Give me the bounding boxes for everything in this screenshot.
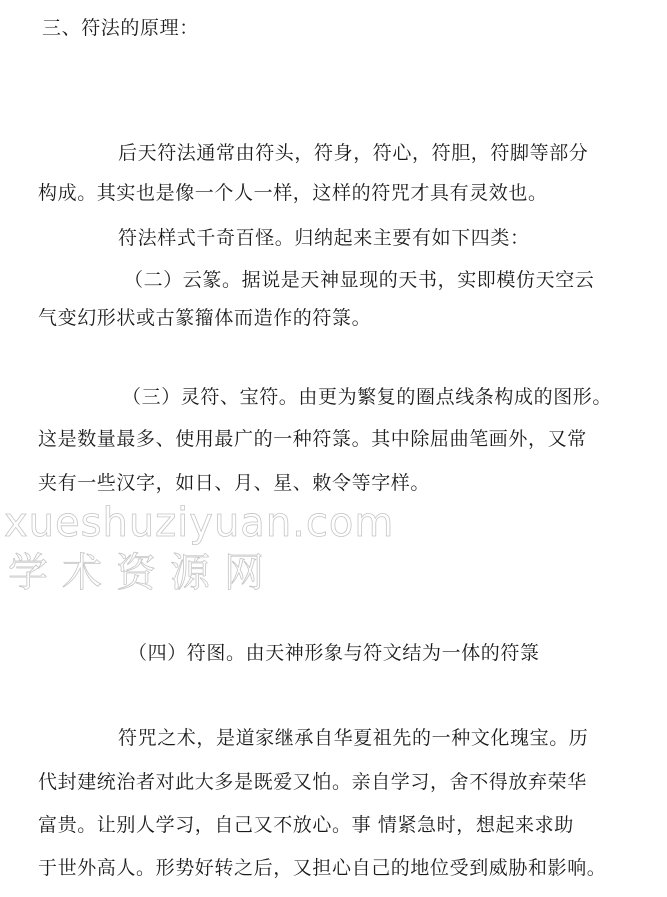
paragraph-2-line-1: 符法样式千奇百怪。归纳起来主要有如下四类： <box>118 226 530 250</box>
paragraph-4-line-2: 这是数量最多、使用最广的一种符箓。其中除屈曲笔画外，又常 <box>38 427 587 451</box>
watermark-latin: xueshuziyuan.com <box>4 500 394 546</box>
paragraph-6-line-2: 代封建统治者对此大多是既爱又怕。亲自学习，舍不得放弃荣华 <box>38 770 587 794</box>
paragraph-6-line-3: 富贵。让别人学习，自己又不放心。事 情紧急时，想起来求助 <box>38 813 574 837</box>
paragraph-1-line-2: 构成。其实也是像一个人一样，这样的符咒才具有灵效也。 <box>38 181 548 205</box>
watermark-cjk: 学术资源网 <box>8 541 278 598</box>
paragraph-6-line-4: 于世外高人。形势好转之后，又担心自己的地位受到威胁和影响。 <box>38 856 606 880</box>
paragraph-1-line-1: 后天符法通常由符头，符身，符心，符胆，符脚等部分 <box>118 141 588 165</box>
paragraph-4-line-3: 夹有一些汉字，如日、月、星、敕令等字样。 <box>38 471 430 495</box>
paragraph-5-line-1: （四）符图。由天神形象与符文结为一体的符箓 <box>128 641 540 665</box>
paragraph-3-line-1: （二）云篆。据说是天神显现的天书，实即模仿天空云 <box>124 268 594 292</box>
paragraph-3-line-2: 气变幻形状或古篆籀体而造作的符箓。 <box>38 306 371 330</box>
section-heading: 三、符法的原理： <box>42 16 199 40</box>
paragraph-6-line-1: 符咒之术，是道家继承自华夏祖先的一种文化瑰宝。历 <box>118 726 588 750</box>
paragraph-4-line-1: （三）灵符、宝符。由更为繁复的圈点线条构成的图形。 <box>122 385 612 409</box>
